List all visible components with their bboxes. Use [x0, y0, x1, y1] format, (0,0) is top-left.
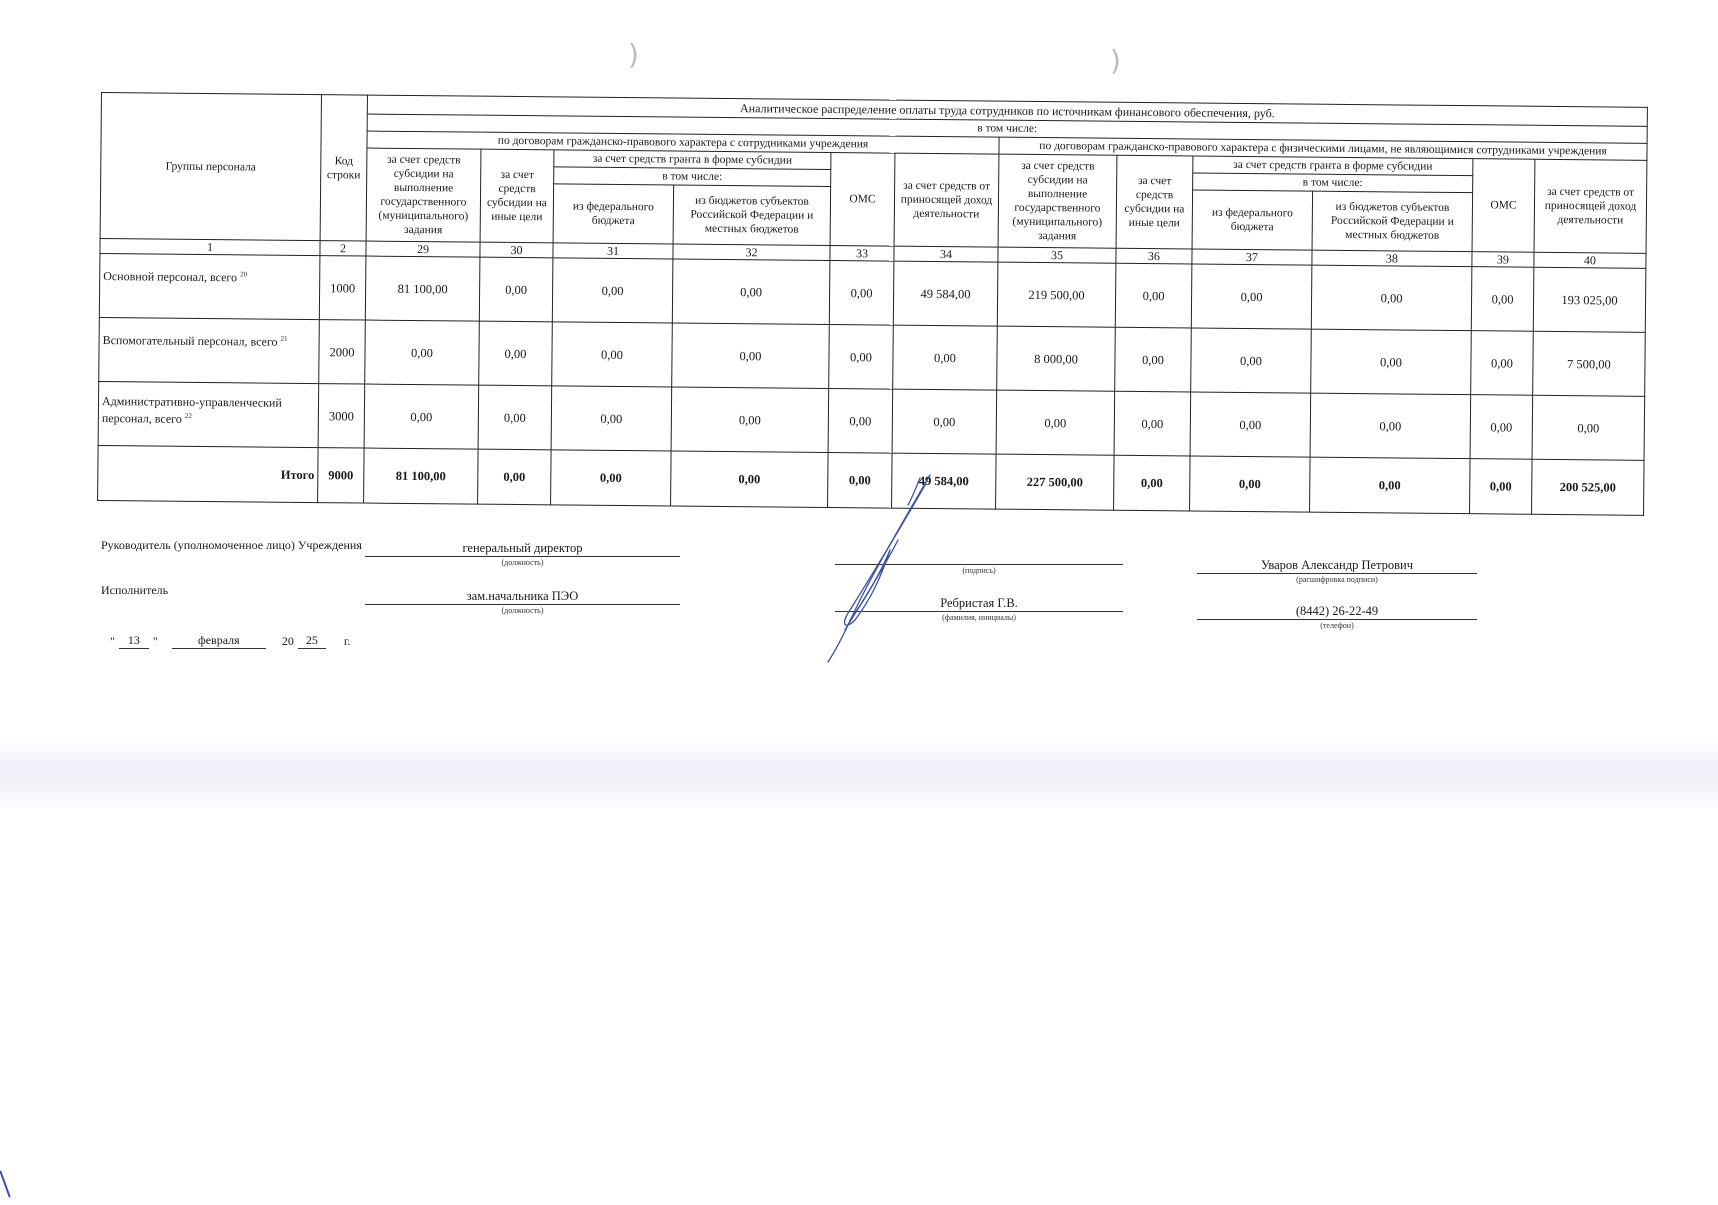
- executor-position-field: зам.начальника ПЭО: [365, 588, 680, 605]
- row-footnote: 20: [240, 270, 247, 278]
- total-value: 0,00: [1310, 457, 1471, 514]
- row-value: 0,00: [1115, 263, 1192, 328]
- row-footnote: 21: [281, 335, 288, 343]
- column-number: 39: [1472, 252, 1534, 268]
- column-number: 33: [830, 246, 894, 262]
- total-value: 81 100,00: [364, 448, 479, 504]
- row-value: 0,00: [1471, 331, 1534, 396]
- column-number: 38: [1312, 250, 1472, 267]
- total-value: 0,00: [671, 451, 829, 508]
- row-value: 0,00: [1311, 329, 1472, 395]
- column-number: 35: [998, 247, 1116, 263]
- row-label: Административно-управленческий персонал,…: [98, 381, 319, 447]
- row-value: 0,00: [552, 322, 673, 387]
- row-code: 1000: [319, 256, 366, 320]
- row-code: 2000: [319, 320, 366, 384]
- handwritten-signature-icon: [820, 470, 940, 665]
- row-value: 8 000,00: [997, 326, 1116, 391]
- row-value: 0,00: [1190, 392, 1311, 457]
- row-label-text: Основной персонал, всего: [103, 269, 237, 284]
- row-value: 7 500,00: [1533, 331, 1646, 396]
- row-value: 0,00: [672, 259, 830, 325]
- head-name-caption: (расшифровка подписи): [1197, 575, 1477, 584]
- column-number: 36: [1116, 248, 1192, 264]
- row-value: 193 025,00: [1533, 267, 1646, 332]
- total-value: 0,00: [478, 449, 552, 505]
- row-value: 0,00: [479, 257, 553, 322]
- row-value: 0,00: [996, 390, 1115, 455]
- column-number: 30: [480, 242, 553, 258]
- header-group: Группы персонала: [100, 93, 321, 241]
- header-federal-b: из федерального бюджета: [1192, 190, 1313, 250]
- header-other-purposes-a: за счет средств субсидии на иные цели: [480, 149, 554, 243]
- column-number: 37: [1192, 249, 1312, 265]
- phone-caption: (телефон): [1197, 621, 1477, 630]
- header-state-task-b: за счет средств субсидии на выполнение г…: [998, 154, 1117, 248]
- row-value: 0,00: [1115, 327, 1192, 392]
- row-value: 0,00: [551, 386, 672, 451]
- total-value: 200 525,00: [1532, 459, 1645, 515]
- row-value: 0,00: [1471, 267, 1534, 332]
- executor-label: Исполнитель: [101, 583, 168, 598]
- total-value: 0,00: [1470, 459, 1533, 515]
- header-regional-a: из бюджетов субъектов Российской Федерац…: [673, 185, 831, 246]
- date-quote-open: ": [110, 634, 115, 649]
- column-number: 32: [673, 244, 830, 261]
- head-label: Руководитель (уполномоченное лицо) Учреж…: [101, 538, 362, 553]
- header-oms-a: ОМС: [830, 153, 895, 247]
- row-label-text: Вспомогательный персонал, всего: [103, 333, 278, 349]
- column-number: 2: [320, 241, 366, 256]
- row-value: 0,00: [1191, 328, 1312, 393]
- date-line: " 13 " февраля 20 25 г.: [110, 633, 350, 649]
- row-value: 0,00: [1311, 265, 1472, 331]
- scan-hole-mark: ): [1110, 44, 1121, 77]
- row-value: 0,00: [829, 261, 894, 326]
- row-value: 0,00: [892, 389, 997, 454]
- row-value: 0,00: [1532, 395, 1645, 460]
- date-quote-close: ": [153, 634, 158, 649]
- row-value: 0,00: [828, 388, 893, 453]
- total-label: Итого: [98, 445, 319, 502]
- row-value: 0,00: [478, 385, 552, 450]
- executor-position-caption: (должность): [365, 606, 680, 615]
- scan-artifact-band: [0, 740, 1718, 810]
- column-number: 31: [553, 243, 673, 259]
- header-regional-b: из бюджетов субъектов Российской Федерац…: [1312, 191, 1473, 252]
- header-oms-b: ОМС: [1472, 159, 1535, 253]
- row-value: 81 100,00: [365, 256, 480, 321]
- row-value: 0,00: [672, 323, 830, 389]
- head-position-caption: (должность): [365, 558, 680, 567]
- header-code: Код строки: [320, 95, 367, 241]
- header-state-task-a: за счет средств субсидии на выполнение г…: [366, 148, 481, 242]
- row-value: 0,00: [893, 325, 998, 390]
- column-number: 40: [1534, 252, 1646, 268]
- row-label: Вспомогательный персонал, всего 21: [99, 317, 320, 383]
- header-other-purposes-b: за счет средств субсидии на иные цели: [1116, 155, 1193, 249]
- scan-hole-mark: ): [628, 38, 639, 71]
- header-income-b: за счет средств от приносящей доход деят…: [1534, 159, 1647, 253]
- payroll-distribution-table-container: Группы персонала Код строки Аналитическо…: [97, 92, 1647, 516]
- row-value: 0,00: [1470, 395, 1533, 460]
- date-year-unit: г.: [344, 634, 351, 649]
- row-label: Основной персонал, всего 20: [99, 253, 320, 319]
- date-month: февраля: [172, 633, 266, 649]
- row-value: 0,00: [1114, 391, 1191, 456]
- row-label-text: Административно-управленческий персонал,…: [102, 394, 282, 426]
- header-federal-a: из федерального бюджета: [553, 184, 674, 244]
- date-day: 13: [119, 633, 149, 649]
- row-value: 49 584,00: [893, 261, 998, 326]
- date-year-prefix: 20: [282, 634, 294, 649]
- row-value: 0,00: [1191, 264, 1312, 329]
- row-code: 3000: [318, 384, 365, 448]
- column-number: 34: [894, 246, 998, 262]
- row-value: 0,00: [829, 325, 894, 390]
- row-value: 219 500,00: [997, 262, 1116, 327]
- row-value: 0,00: [671, 387, 829, 453]
- total-value: 0,00: [551, 450, 672, 506]
- row-value: 0,00: [479, 321, 553, 386]
- head-position-field: генеральный директор: [365, 540, 680, 557]
- row-value: 0,00: [552, 258, 673, 323]
- phone-field: (8442) 26-22-49: [1197, 603, 1477, 620]
- column-number: 29: [366, 241, 480, 257]
- total-code: 9000: [318, 448, 365, 503]
- row-footnote: 22: [185, 412, 192, 420]
- row-value: 0,00: [364, 384, 479, 449]
- payroll-distribution-table: Группы персонала Код строки Аналитическо…: [97, 92, 1648, 516]
- head-name-field: Уваров Александр Петрович: [1197, 557, 1477, 574]
- row-value: 0,00: [365, 320, 480, 385]
- total-value: 0,00: [1190, 456, 1311, 512]
- date-year-suffix: 25: [298, 633, 326, 649]
- total-value: 227 500,00: [996, 454, 1115, 510]
- header-income-a: за счет средств от приносящей доход деят…: [894, 153, 999, 247]
- total-value: 0,00: [1114, 455, 1191, 511]
- scan-pen-mark: [0, 1171, 11, 1198]
- row-value: 0,00: [1310, 393, 1471, 459]
